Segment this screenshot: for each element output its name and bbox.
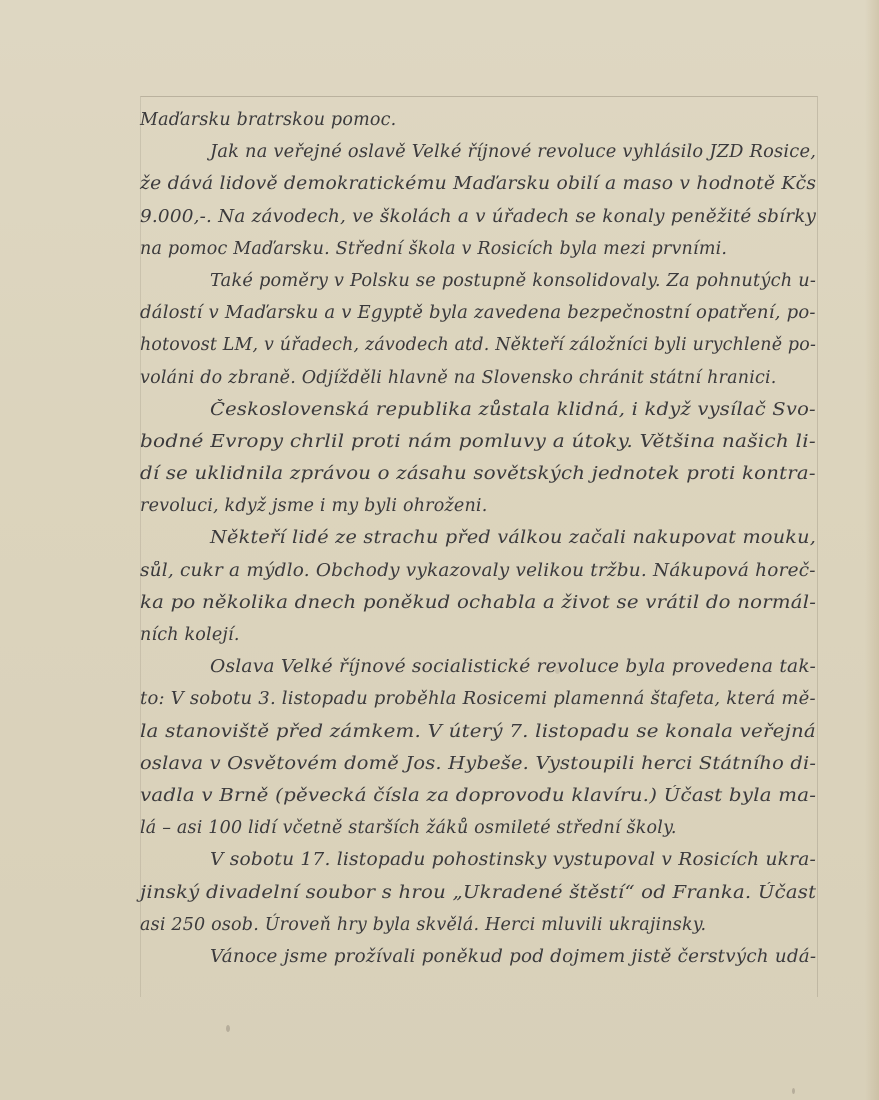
- text-line: vadla v Brně (pěvecká čísla za doprovodu…: [140, 780, 820, 812]
- text-line: Jak na veřejné oslavě Velké říjnové revo…: [140, 136, 820, 168]
- text-line: jinský divadelní soubor s hrou „Ukradené…: [140, 877, 820, 909]
- text-line: sůl, cukr a mýdlo. Obchody vykazovaly ve…: [140, 555, 820, 587]
- line-text: Oslava Velké říjnové socialistické revol…: [210, 651, 816, 683]
- line-text: la stanoviště před zámkem. V úterý 7. li…: [140, 716, 816, 748]
- text-line: asi 250 osob. Úroveň hry byla skvělá. He…: [140, 909, 820, 941]
- line-text: revoluci, když jsme i my byli ohroženi.: [140, 490, 488, 522]
- text-line: Československá republika zůstala klidná,…: [140, 394, 820, 426]
- line-text: to: V sobotu 3. listopadu proběhla Rosic…: [140, 683, 816, 715]
- line-text: vadla v Brně (pěvecká čísla za doprovodu…: [140, 780, 816, 812]
- text-line: la stanoviště před zámkem. V úterý 7. li…: [140, 716, 820, 748]
- text-line: hotovost LM, v úřadech, závodech atd. Ně…: [140, 329, 820, 361]
- line-text: Také poměry v Polsku se postupně konsoli…: [210, 265, 816, 297]
- line-text: V sobotu 17. listopadu pohostinsky vystu…: [210, 844, 816, 876]
- text-line: 9.000,-. Na závodech, ve školách a v úřa…: [140, 201, 820, 233]
- line-text: Maďarsku bratrskou pomoc.: [140, 104, 396, 136]
- page-edge-shadow: [865, 0, 879, 1100]
- line-text: ka po několika dnech poněkud ochabla a ž…: [140, 587, 816, 619]
- line-text: dálostí v Maďarsku a v Egyptě byla zaved…: [140, 297, 816, 329]
- line-text: hotovost LM, v úřadech, závodech atd. Ně…: [140, 329, 816, 361]
- text-line: že dává lidově demokratickému Maďarsku o…: [140, 168, 820, 200]
- text-line: dí se uklidnila zprávou o zásahu sovětsk…: [140, 458, 820, 490]
- text-line: dálostí v Maďarsku a v Egyptě byla zaved…: [140, 297, 820, 329]
- text-line: revoluci, když jsme i my byli ohroženi.: [140, 490, 820, 522]
- line-text: ních kolejí.: [140, 619, 240, 651]
- line-text: na pomoc Maďarsku. Střední škola v Rosic…: [140, 233, 727, 265]
- handwritten-text: Maďarsku bratrskou pomoc. Jak na veřejné…: [140, 104, 820, 973]
- line-text: sůl, cukr a mýdlo. Obchody vykazovaly ve…: [140, 555, 816, 587]
- text-line: oslava v Osvětovém domě Jos. Hybeše. Vys…: [140, 748, 820, 780]
- line-text: voláni do zbraně. Odjížděli hlavně na Sl…: [140, 362, 777, 394]
- text-line: voláni do zbraně. Odjížděli hlavně na Sl…: [140, 362, 820, 394]
- text-line: na pomoc Maďarsku. Střední škola v Rosic…: [140, 233, 820, 265]
- text-line: ka po několika dnech poněkud ochabla a ž…: [140, 587, 820, 619]
- text-line: lá – asi 100 lidí včetně starších žáků o…: [140, 812, 820, 844]
- paper-spot: [226, 1025, 230, 1032]
- paper-spot: [792, 1088, 795, 1094]
- line-text: jinský divadelní soubor s hrou „Ukradené…: [140, 877, 816, 909]
- text-line: Oslava Velké říjnové socialistické revol…: [140, 651, 820, 683]
- line-text: Československá republika zůstala klidná,…: [210, 394, 816, 426]
- line-text: 9.000,-. Na závodech, ve školách a v úřa…: [140, 201, 816, 233]
- line-text: lá – asi 100 lidí včetně starších žáků o…: [140, 812, 677, 844]
- line-text: bodné Evropy chrlil proti nám pomluvy a …: [140, 426, 816, 458]
- text-line: to: V sobotu 3. listopadu proběhla Rosic…: [140, 683, 820, 715]
- text-line: ních kolejí.: [140, 619, 820, 651]
- line-text: oslava v Osvětovém domě Jos. Hybeše. Vys…: [140, 748, 816, 780]
- text-line: Vánoce jsme prožívali poněkud pod dojmem…: [140, 941, 820, 973]
- text-line: bodné Evropy chrlil proti nám pomluvy a …: [140, 426, 820, 458]
- line-text: asi 250 osob. Úroveň hry byla skvělá. He…: [140, 909, 706, 941]
- line-text: Jak na veřejné oslavě Velké říjnové revo…: [210, 136, 816, 168]
- line-text: dí se uklidnila zprávou o zásahu sovětsk…: [140, 458, 816, 490]
- line-text: že dává lidově demokratickému Maďarsku o…: [140, 168, 816, 200]
- text-line: Někteří lidé ze strachu před válkou zača…: [140, 522, 820, 554]
- line-text: Vánoce jsme prožívali poněkud pod dojmem…: [210, 941, 816, 973]
- text-line: Maďarsku bratrskou pomoc.: [140, 104, 820, 136]
- text-line: Také poměry v Polsku se postupně konsoli…: [140, 265, 820, 297]
- line-text: Někteří lidé ze strachu před válkou zača…: [210, 522, 816, 554]
- text-line: V sobotu 17. listopadu pohostinsky vystu…: [140, 844, 820, 876]
